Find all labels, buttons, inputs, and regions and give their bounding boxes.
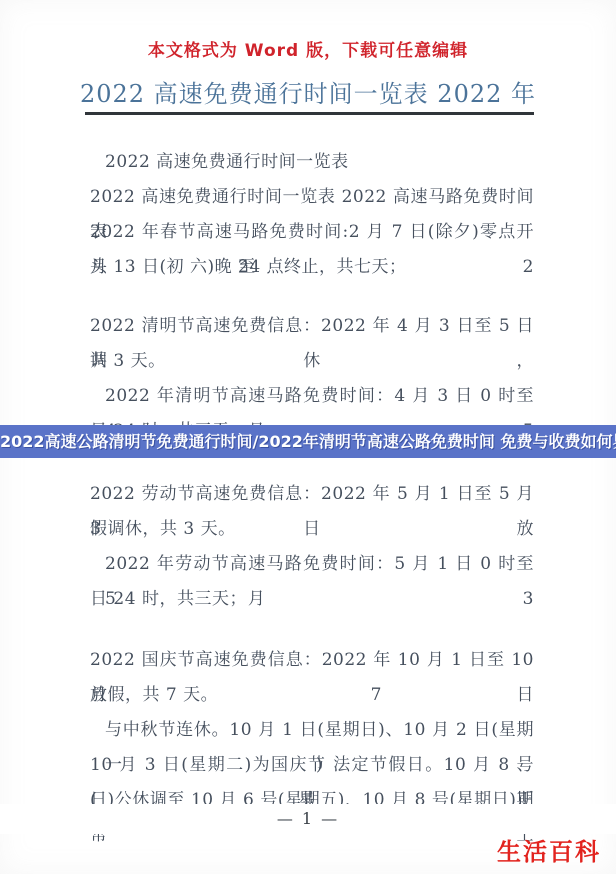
document-page: 本文格式为 Word 版，下载可任意编辑 2022 高速免费通行时间一览表 20… <box>0 0 616 874</box>
word-format-notice: 本文格式为 Word 版，下载可任意编辑 <box>0 36 616 61</box>
document-title: 2022 高速免费通行时间一览表 2022 年 <box>0 74 616 109</box>
body-line: 与中秋节连休。10 月 1 日(星期日)、10 月 2 日(星期一)、 <box>90 713 534 748</box>
overlay-link-banner[interactable]: 2022高速公路清明节免费通行时间/2022年清明节高速公路免费时间 免费与收费… <box>0 425 616 458</box>
body-line: 2022 高速免费通行时间一览表 2022 高速马路免费时间表 <box>90 180 534 215</box>
body-line: 10 月 3 日(星期二)为国庆节 法定节假日。10 月 8 号(星期 <box>90 748 534 783</box>
body-line: 2022 国庆节高速免费信息：2022 年 10 月 1 日至 10 月 7 日 <box>90 643 534 678</box>
title-divider-rule <box>85 112 534 115</box>
site-watermark: 生活百科 <box>497 832 601 867</box>
body-line: 2022 年春节高速马路免费时间:2 月 7 日(除夕)零点开头至 2 <box>90 215 534 250</box>
body-line: 2022 年清明节高速马路免费时间：4 月 3 日 0 时至 4 月 5 <box>90 379 534 414</box>
body-line: 2022 清明节高速免费信息：2022 年 4 月 3 日至 5 日调休， <box>90 309 534 344</box>
document-body: 2022 高速免费通行时间一览表 2022 高速免费通行时间一览表 2022 高… <box>90 145 534 818</box>
page-number: — 1 — <box>0 804 616 834</box>
body-line: 2022 年劳动节高速马路免费时间：5 月 1 日 0 时至 5 月 3 <box>90 547 534 582</box>
body-line: 2022 劳动节高速免费信息：2022 年 5 月 1 日至 5 月 3 日放 <box>90 477 534 512</box>
body-line: 2022 高速免费通行时间一览表 <box>90 145 534 180</box>
